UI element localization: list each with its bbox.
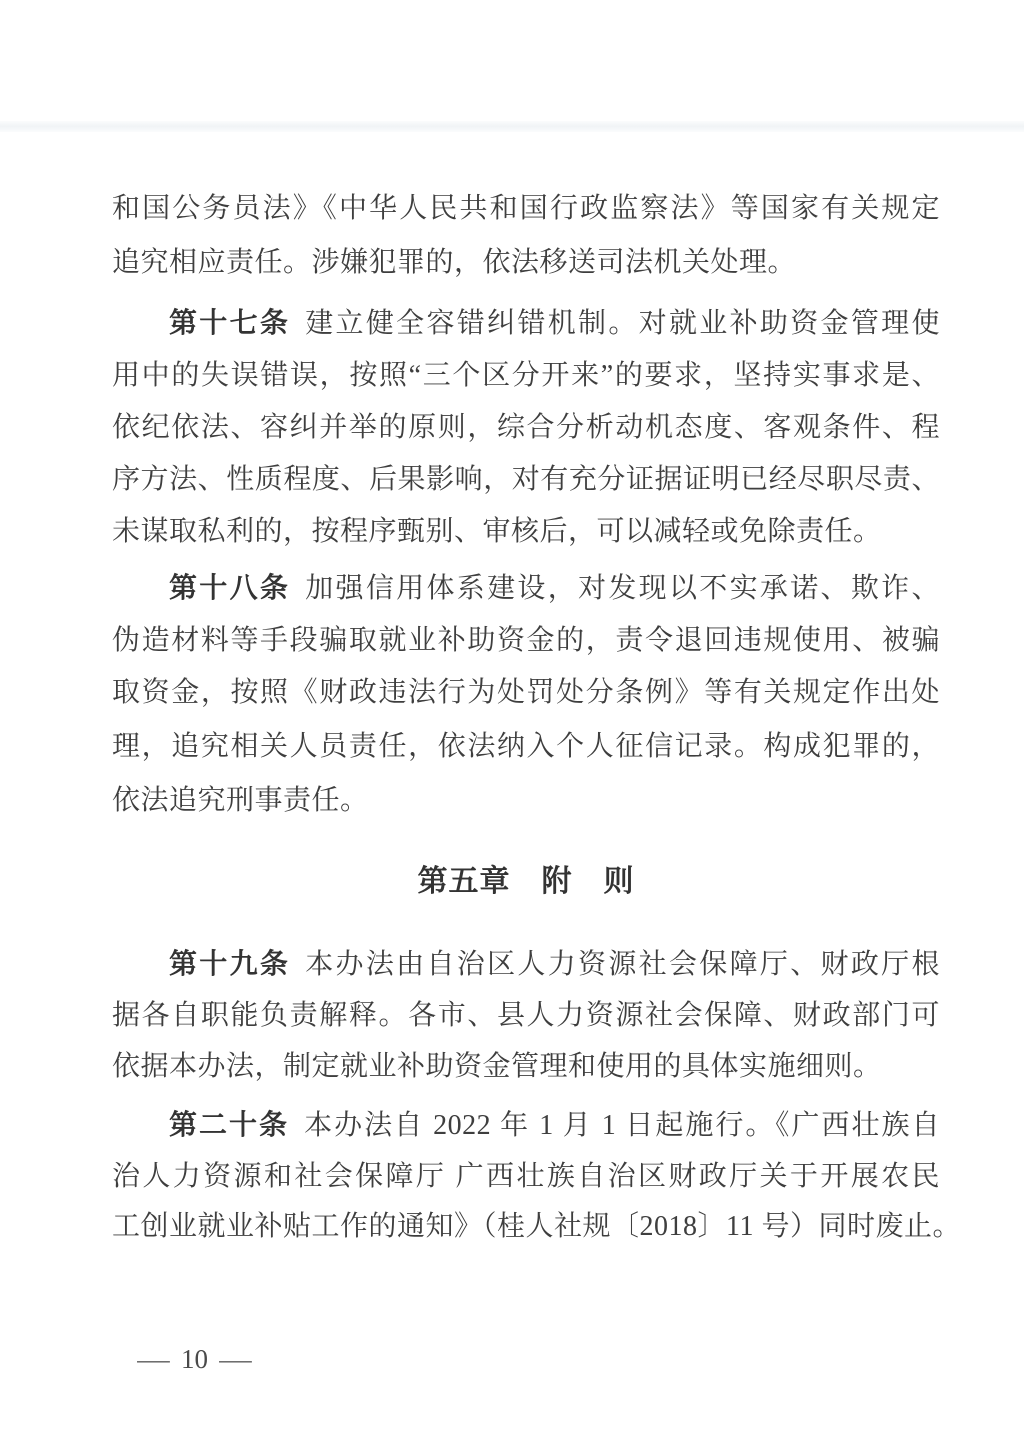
chapter-heading: 第五章 附 则	[112, 860, 940, 904]
document-line: 伪造材料等手段骗取就业补助资金的，责令退回违规使用、被骗	[112, 620, 940, 662]
document-line: 依法追究刑事责任。	[112, 780, 940, 822]
article-text: 加强信用体系建设，对发现以不实承诺、欺诈、	[305, 573, 940, 604]
document-line: 理，追究相关人员责任，依法纳入个人征信记录。构成犯罪的，	[112, 726, 940, 768]
document-line: 第十八条加强信用体系建设，对发现以不实承诺、欺诈、	[112, 567, 940, 609]
document-line: 和国公务员法》《中华人民共和国行政监察法》等国家有关规定	[112, 188, 940, 230]
document-line: 追究相应责任。涉嫌犯罪的，依法移送司法机关处理。	[112, 242, 940, 284]
article-text: 本办法自 2022 年 1 月 1 日起施行。《广西壮族自	[304, 1110, 940, 1141]
document-line: 依纪依法、容纠并举的原则，综合分析动机态度、客观条件、程	[112, 407, 940, 449]
document-line: 序方法、性质程度、后果影响，对有充分证据证明已经尽职尽责、	[112, 459, 940, 501]
document-line: 第十九条本办法由自治区人力资源社会保障厅、财政厅根	[112, 943, 940, 985]
document-line: 工创业就业补贴工作的通知》（桂人社规〔2018〕11 号）同时废止。	[112, 1206, 940, 1248]
text-column: 和国公务员法》《中华人民共和国行政监察法》等国家有关规定 追究相应责任。涉嫌犯罪…	[112, 0, 940, 1447]
article-term: 第十九条	[169, 948, 290, 979]
document-line: 据各自职能负责解释。各市、县人力资源社会保障、财政部门可	[112, 995, 940, 1037]
article-term: 第十八条	[169, 572, 290, 603]
document-line: 第二十条本办法自 2022 年 1 月 1 日起施行。《广西壮族自	[112, 1104, 940, 1146]
document-page: 和国公务员法》《中华人民共和国行政监察法》等国家有关规定 追究相应责任。涉嫌犯罪…	[0, 0, 1024, 1447]
document-line: 未谋取私利的，按程序甄别、审核后，可以减轻或免除责任。	[112, 511, 940, 553]
footer-right-dash: —	[219, 1342, 251, 1376]
article-text: 本办法由自治区人力资源社会保障厅、财政厅根	[305, 949, 940, 980]
article-term: 第十七条	[169, 307, 290, 338]
document-line: 用中的失误错误，按照“三个区分开来”的要求，坚持实事求是、	[112, 355, 940, 397]
footer-left-dash: —	[137, 1342, 169, 1376]
document-line: 取资金，按照《财政违法行为处罚处分条例》等有关规定作出处	[112, 672, 940, 714]
document-line: 依据本办法，制定就业补助资金管理和使用的具体实施细则。	[112, 1046, 940, 1088]
article-text: 建立健全容错纠错机制。对就业补助资金管理使	[305, 308, 940, 339]
document-line: 治人力资源和社会保障厅 广西壮族自治区财政厅关于开展农民	[112, 1156, 940, 1198]
article-term: 第二十条	[169, 1109, 289, 1140]
page-number: —10—	[140, 1342, 249, 1376]
document-line: 第十七条建立健全容错纠错机制。对就业补助资金管理使	[112, 302, 940, 344]
footer-page-number: 10	[181, 1342, 208, 1376]
